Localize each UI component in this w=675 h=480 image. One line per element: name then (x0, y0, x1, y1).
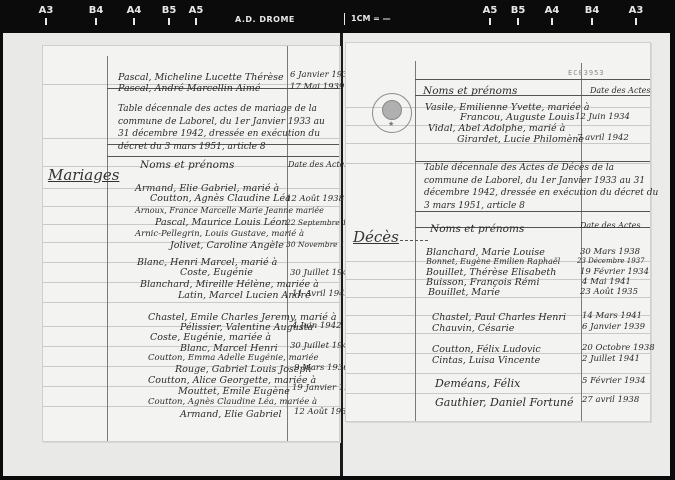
entry-line: Pascal, Maurice Louis Léon (155, 218, 287, 228)
entry-date: 12 Août 1938 (286, 195, 344, 204)
entry-name: Coutton, Félix Ludovic (432, 345, 541, 355)
column-header-dates: Date des Actes (288, 161, 349, 169)
column-header-dates: Date des Actes (590, 87, 651, 95)
entry-name: Bouillet, Marie (428, 288, 500, 298)
document-stamp-number: EC83953 (568, 69, 605, 77)
entry-line: Coste, Eugénie, mariée à (150, 333, 271, 343)
paper-size-mark: B4 (580, 5, 604, 25)
paper-size-mark: A4 (122, 5, 146, 25)
seal-emblem-icon (382, 100, 402, 120)
entry-date: 2 Juillet 1941 (582, 355, 640, 364)
entry-line: Girardet, Lucie Philomène (457, 135, 584, 145)
entry-line: Armand, Elie Gabriel (180, 410, 282, 420)
entry-line: Mouttet, Emile Eugène (178, 387, 290, 397)
entry-line: Latin, Marcel Lucien André (178, 291, 311, 301)
entry-date: 23 Décembre 1937 (577, 258, 645, 265)
entry-name: Gauthier, Daniel Fortuné (435, 397, 574, 408)
column-header-names: Noms et prénoms (430, 224, 524, 235)
entry-line: Coutton, Agnès Claudine Léa (150, 194, 291, 204)
archive-seal: ★ (372, 93, 412, 133)
entry-date: 4 Juin 1942 (292, 322, 342, 331)
entry-date: 30 Juillet 1940 (290, 342, 353, 351)
scanner-header-bar: A3 B4 A4 B5 A5 A.D. DROME 1CM = — A5 B5 … (0, 0, 675, 32)
register-title: Table décennale des actes de mariage de … (118, 103, 336, 153)
entry-date: 27 avril 1938 (582, 396, 639, 405)
star-icon: ★ (388, 120, 394, 128)
column-header-dates: Date des Actes (580, 222, 641, 230)
paper-size-mark: A4 (540, 5, 564, 25)
register-title: Table décennale des Actes de Décès de la… (424, 162, 660, 212)
entry-line: Coutton, Agnès Claudine Léa, mariée à (148, 398, 317, 407)
entry-name: Pascal, André Marcellin Aimé (118, 84, 260, 94)
archive-label: A.D. DROME (235, 15, 295, 24)
entry-line: Arnic-Pellegrin, Louis Gustave, marié à (135, 230, 304, 239)
entry-date: 20 Octobre 1938 (582, 344, 655, 353)
entry-date: 19 Février 1934 (580, 268, 649, 277)
entry-date: 30 Mars 1938 (580, 248, 640, 257)
paper-size-mark: A5 (478, 5, 502, 25)
entry-date: 17 Mai 1939 (290, 83, 344, 92)
entry-line: Jolivet, Caroline Angèle (170, 241, 284, 251)
entry-date: 11 Avril 1942 (292, 290, 350, 299)
entry-name: Cintas, Luisa Vincente (432, 356, 540, 366)
entry-date: 4 Mai 1941 (582, 278, 631, 287)
entry-date: 7 avril 1942 (577, 134, 629, 143)
paper-size-mark: A5 (184, 5, 208, 25)
entry-name: Deméans, Félix (435, 378, 520, 389)
entry-name: Pascal, Micheline Lucette Thérèse (118, 73, 284, 83)
entry-line: Coste, Eugénie (180, 268, 253, 278)
entry-date: 5 Février 1934 (582, 377, 646, 386)
paper-size-mark: B5 (506, 5, 530, 25)
scale-label: 1CM = — (351, 14, 391, 23)
entry-line: Arnoux, France Marcelle Marie Jeanne mar… (135, 207, 324, 215)
entry-date: 12 Août 1938 (294, 408, 352, 417)
entry-name: Chauvin, Césarie (432, 324, 514, 334)
entry-name: Chastel, Paul Charles Henri (432, 313, 566, 323)
paper-size-mark: A3 (624, 5, 648, 25)
entry-line: Vidal, Abel Adolphe, marié à (428, 124, 565, 134)
column-header-names: Noms et prénoms (423, 86, 517, 97)
column-header-names: Noms et prénoms (140, 160, 234, 171)
entry-line: Coutton, Emma Adelle Eugénie, mariée (148, 354, 319, 363)
entry-date: 9 Mars 1936 (294, 364, 349, 373)
entry-date: 23 Août 1935 (580, 288, 638, 297)
paper-size-mark: A3 (34, 5, 58, 25)
paper-size-mark: B5 (157, 5, 181, 25)
entry-name: Bonnet, Eugène Emilien Raphaël (426, 258, 560, 266)
section-label-deces: Décès (353, 230, 399, 245)
entry-line: Francou, Auguste Louis (460, 113, 575, 123)
entry-date: 30 Juillet 1940 (290, 269, 353, 278)
leader-line (400, 240, 428, 241)
entry-date: 6 Janvier 1939 (290, 71, 353, 80)
entry-date: 14 Mars 1941 (582, 312, 642, 321)
entry-date: 12 Juin 1934 (575, 113, 630, 122)
paper-size-mark: B4 (84, 5, 108, 25)
divider (344, 13, 345, 25)
entry-line: Rouge, Gabriel Louis Joseph (175, 365, 312, 375)
entry-line: Coutton, Alice Georgette, mariée à (148, 376, 316, 386)
entry-date: 6 Janvier 1939 (582, 323, 645, 332)
section-label-mariages: Mariages (48, 168, 119, 183)
